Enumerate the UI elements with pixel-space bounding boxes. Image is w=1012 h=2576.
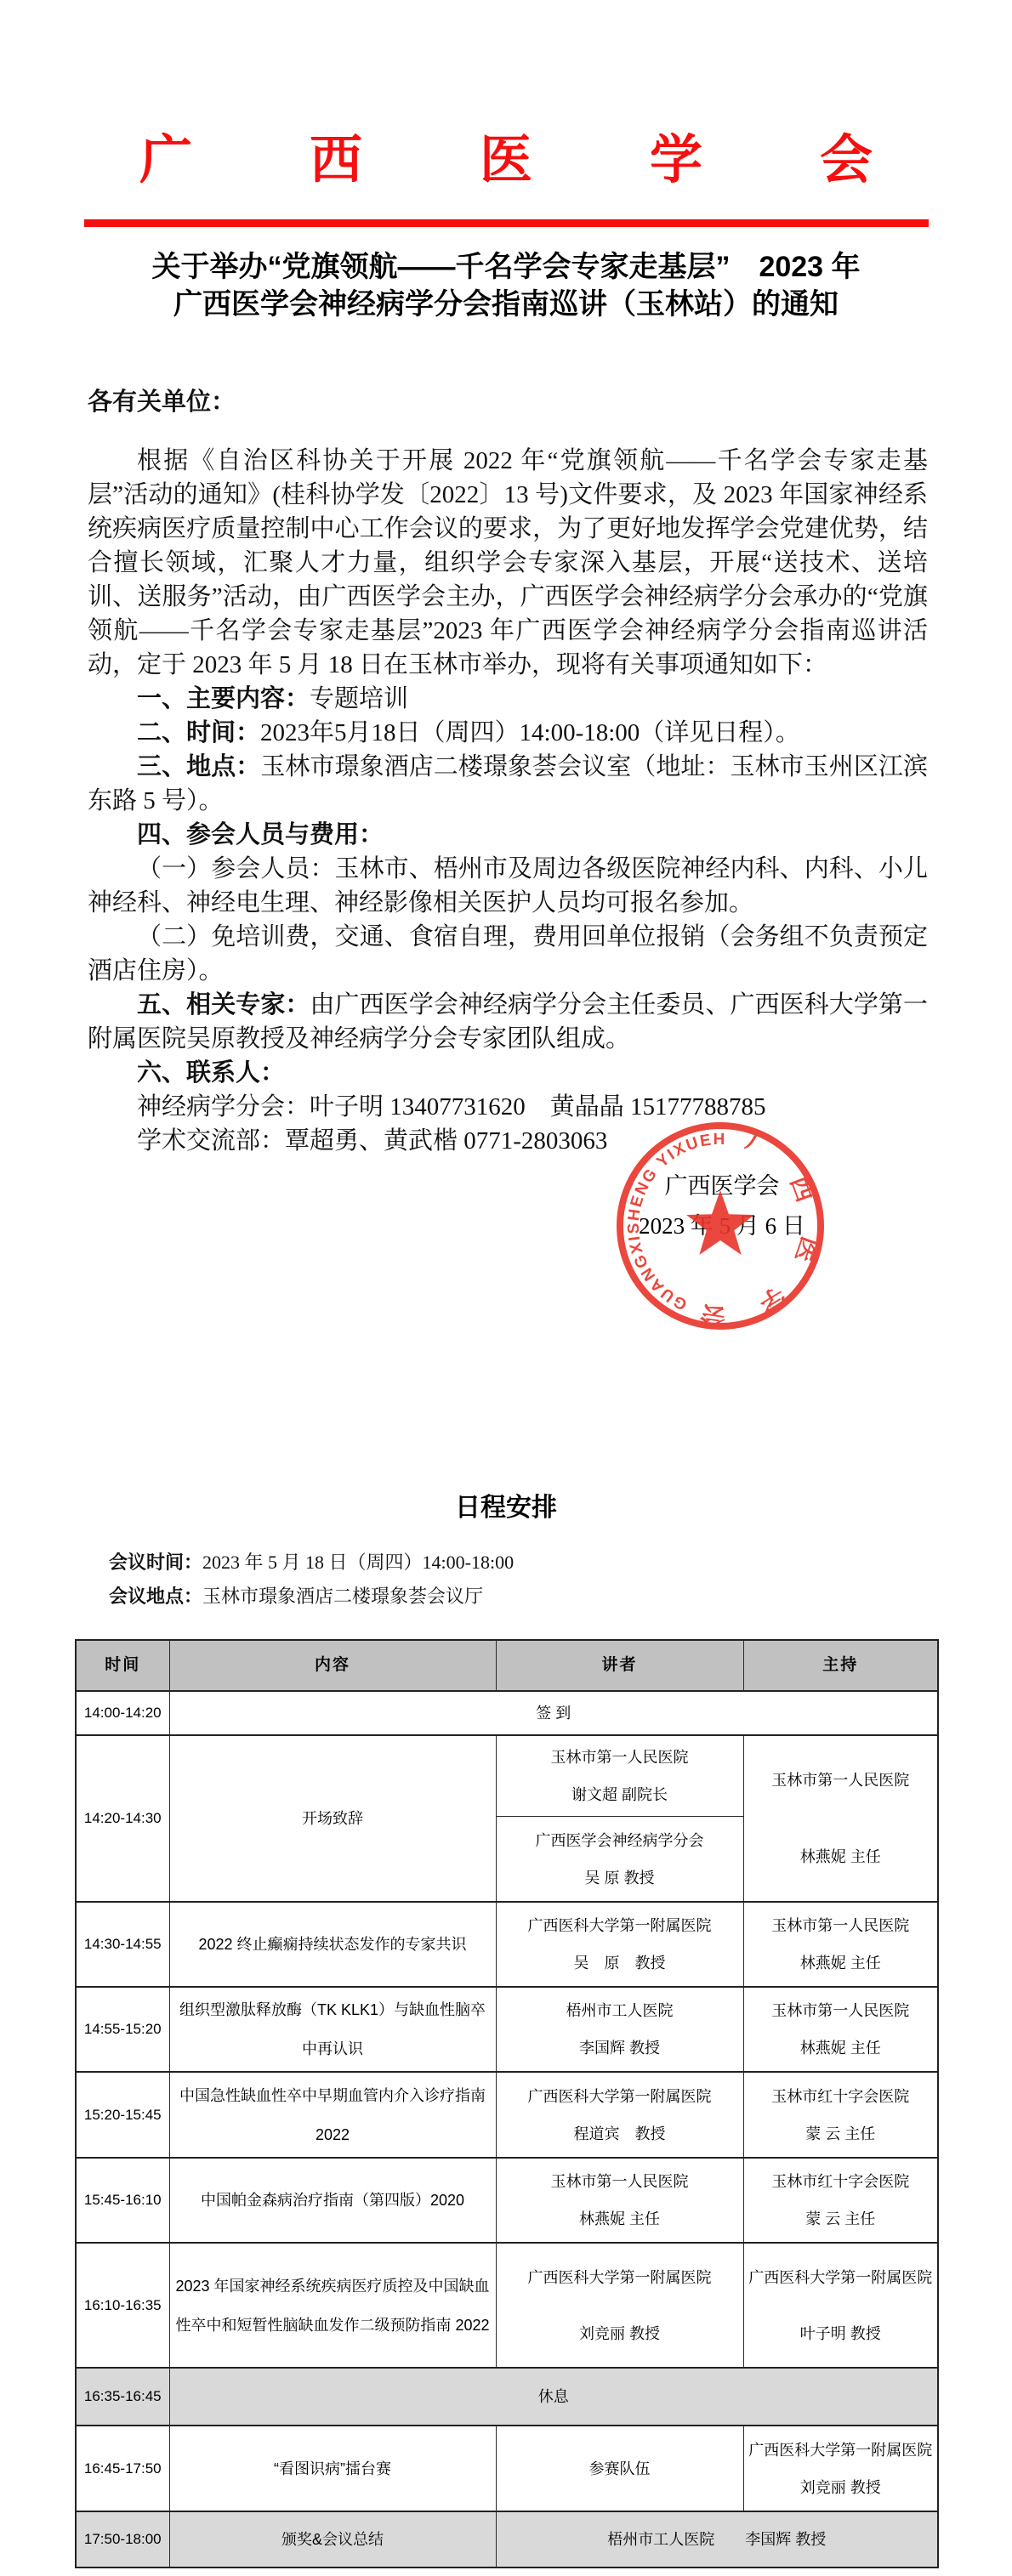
host-cell: 广西医科大学第一附属医院刘竞丽 教授 bbox=[743, 2426, 938, 2511]
meeting-time-line: 会议时间：2023 年 5 月 18 日（周四）14:00-18:00 bbox=[109, 1546, 514, 1580]
time-cell: 15:20-15:45 bbox=[76, 2072, 169, 2158]
table-row: 14:30-14:55 2022 终止癫痫持续状态发作的专家共识 广西医科大学第… bbox=[76, 1902, 938, 1987]
speaker-cell: 玉林市第一人民医院谢文超 副院长 bbox=[496, 1735, 743, 1817]
notice-item: 一、主要内容：专题培训 bbox=[88, 682, 928, 716]
table-row: 14:20-14:30 开场致辞 玉林市第一人民医院谢文超 副院长 玉林市第一人… bbox=[76, 1735, 938, 1817]
col-header-time: 时间 bbox=[76, 1640, 169, 1691]
notice-document: 广 西 医 学 会 关于举办“党旗领航——千名学会专家走基层” 2023 年 广… bbox=[0, 0, 1012, 2576]
host-cell: 玉林市第一人民医院林燕妮 主任 bbox=[743, 1902, 938, 1987]
notice-body: 各有关单位： 根据《自治区科协关于开展 2022 年“党旗领航——千名学会专家走… bbox=[88, 360, 928, 1158]
content-cell: 2022 终止癫痫持续状态发作的专家共识 bbox=[169, 1902, 496, 1987]
table-row-break: 16:35-16:45 休息 bbox=[76, 2368, 938, 2426]
notice-item: （二）免培训费，交通、食宿自理，费用回单位报销（会务组不负责预定酒店住房）。 bbox=[88, 920, 928, 988]
content-cell: “看图识病”擂台赛 bbox=[169, 2426, 496, 2511]
time-cell: 17:50-18:00 bbox=[76, 2511, 169, 2567]
col-header-speaker: 讲者 bbox=[496, 1640, 743, 1691]
schedule-title: 日程安排 bbox=[0, 1486, 1012, 1523]
time-cell: 14:55-15:20 bbox=[76, 1987, 169, 2072]
speaker-cell: 广西医科大学第一附属医院程道宾 教授 bbox=[496, 2072, 743, 2158]
speaker-cell: 参赛队伍 bbox=[496, 2426, 743, 2511]
schedule-meta: 会议时间：2023 年 5 月 18 日（周四）14:00-18:00 会议地点… bbox=[109, 1546, 514, 1614]
intro-paragraph: 根据《自治区科协关于开展 2022 年“党旗领航——千名学会专家走基层”活动的通… bbox=[88, 444, 928, 682]
speaker-cell: 玉林市第一人民医院林燕妮 主任 bbox=[496, 2158, 743, 2243]
content-cell: 开场致辞 bbox=[169, 1735, 496, 1902]
letterhead-divider bbox=[84, 219, 929, 227]
host-cell: 玉林市红十字会医院蒙 云 主任 bbox=[743, 2072, 938, 2158]
official-seal: GUANGXISHENG YIXUEHUI 广 西 医 学 会 bbox=[613, 1119, 827, 1333]
time-cell: 14:00-14:20 bbox=[76, 1691, 169, 1735]
schedule-table: 时间 内容 讲者 主持 14:00-14:20 签 到 14:20-14:30 … bbox=[75, 1639, 939, 2568]
table-row-closing: 17:50-18:00 颁奖&会议总结 梧州市工人医院 李国辉 教授 bbox=[76, 2511, 938, 2567]
speaker-cell: 广西医科大学第一附属医院吴 原 教授 bbox=[496, 1902, 743, 1987]
table-row: 16:45-17:50 “看图识病”擂台赛 参赛队伍 广西医科大学第一附属医院刘… bbox=[76, 2426, 938, 2511]
content-cell: 签 到 bbox=[169, 1691, 938, 1735]
notice-item: 六、联系人： bbox=[88, 1056, 928, 1090]
time-cell: 16:35-16:45 bbox=[76, 2368, 169, 2426]
document-title-line1: 关于举办“党旗领航——千名学会专家走基层” 2023 年 bbox=[34, 248, 978, 286]
host-cell: 玉林市第一人民医院林燕妮 主任 bbox=[743, 1735, 938, 1902]
time-cell: 14:30-14:55 bbox=[76, 1902, 169, 1987]
content-cell: 颁奖&会议总结 bbox=[169, 2511, 496, 2567]
organization-letterhead: 广 西 医 学 会 bbox=[0, 117, 1012, 193]
notice-item: 二、时间：2023年5月18日（周四）14:00-18:00（详见日程）。 bbox=[88, 716, 928, 750]
time-cell: 16:45-17:50 bbox=[76, 2426, 169, 2511]
speaker-cell: 广西医科大学第一附属医院刘竞丽 教授 bbox=[496, 2243, 743, 2368]
host-cell: 广西医科大学第一附属医院叶子明 教授 bbox=[743, 2243, 938, 2368]
notice-item: （一）参会人员：玉林市、梧州市及周边各级医院神经内科、内科、小儿神经科、神经电生… bbox=[88, 852, 928, 920]
notice-item: 四、参会人员与费用： bbox=[88, 818, 928, 852]
content-cell: 组织型激肽释放酶（TK KLK1）与缺血性脑卒中再认识 bbox=[169, 1987, 496, 2072]
speaker-cell: 梧州市工人医院李国辉 教授 bbox=[496, 1987, 743, 2072]
col-header-host: 主持 bbox=[743, 1640, 938, 1691]
notice-item: 三、地点：玉林市璟象酒店二楼璟象荟会议室（地址：玉林市玉州区江滨东路 5 号）。 bbox=[88, 750, 928, 818]
table-row: 14:00-14:20 签 到 bbox=[76, 1691, 938, 1735]
table-row: 15:45-16:10 中国帕金森病治疗指南（第四版）2020 玉林市第一人民医… bbox=[76, 2158, 938, 2243]
document-title: 关于举办“党旗领航——千名学会专家走基层” 2023 年 广西医学会神经病学分会… bbox=[34, 248, 978, 323]
meeting-place-line: 会议地点：玉林市璟象酒店二楼璟象荟会议厅 bbox=[109, 1580, 514, 1614]
time-cell: 15:45-16:10 bbox=[76, 2158, 169, 2243]
notice-item: 五、相关专家：由广西医学会神经病学分会主任委员、广西医科大学第一附属医院吴原教授… bbox=[88, 988, 928, 1056]
col-header-content: 内容 bbox=[169, 1640, 496, 1691]
speaker-host-cell: 梧州市工人医院 李国辉 教授 bbox=[496, 2511, 938, 2567]
content-cell: 2023 年国家神经系统疾病医疗质控及中国缺血性卒中和短暂性脑缺血发作二级预防指… bbox=[169, 2243, 496, 2368]
table-row: 14:55-15:20 组织型激肽释放酶（TK KLK1）与缺血性脑卒中再认识 … bbox=[76, 1987, 938, 2072]
table-row: 16:10-16:35 2023 年国家神经系统疾病医疗质控及中国缺血性卒中和短… bbox=[76, 2243, 938, 2368]
content-cell: 休息 bbox=[169, 2368, 938, 2426]
salutation: 各有关单位： bbox=[88, 385, 928, 419]
content-cell: 中国急性缺血性卒中早期血管内介入诊疗指南 2022 bbox=[169, 2072, 496, 2158]
table-header-row: 时间 内容 讲者 主持 bbox=[76, 1640, 938, 1691]
time-cell: 16:10-16:35 bbox=[76, 2243, 169, 2368]
host-cell: 玉林市红十字会医院蒙 云 主任 bbox=[743, 2158, 938, 2243]
host-cell: 玉林市第一人民医院林燕妮 主任 bbox=[743, 1987, 938, 2072]
star-icon bbox=[686, 1190, 754, 1255]
time-cell: 14:20-14:30 bbox=[76, 1735, 169, 1902]
speaker-cell: 广西医学会神经病学分会吴 原 教授 bbox=[496, 1817, 743, 1903]
document-title-line2: 广西医学会神经病学分会指南巡讲（玉林站）的通知 bbox=[34, 286, 978, 323]
table-row: 15:20-15:45 中国急性缺血性卒中早期血管内介入诊疗指南 2022 广西… bbox=[76, 2072, 938, 2158]
content-cell: 中国帕金森病治疗指南（第四版）2020 bbox=[169, 2158, 496, 2243]
